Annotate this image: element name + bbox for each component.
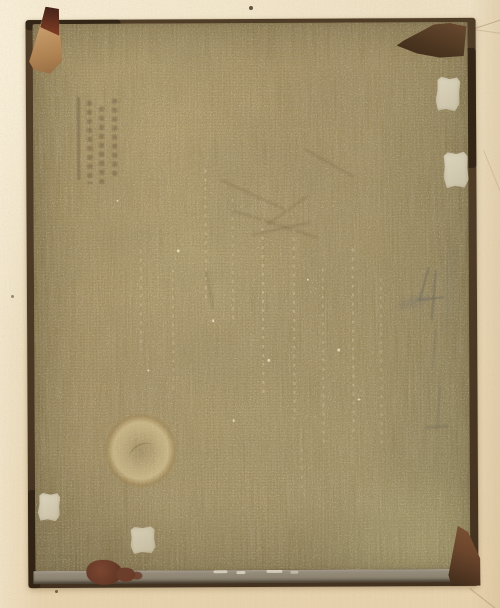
stamp-mark	[112, 99, 117, 176]
photo-of-painting-verso: Photograph of the verso (back) of an age…	[0, 0, 500, 608]
label-remnant-upper-right	[435, 76, 461, 111]
supplier-stamp	[75, 95, 127, 190]
seal-blob	[131, 572, 142, 580]
board-speck	[11, 295, 14, 298]
board-speck	[55, 590, 58, 593]
fleck	[358, 398, 361, 400]
stretcher-paint-fleck	[290, 571, 298, 574]
stamp-mark	[99, 107, 104, 184]
stamp-mark	[87, 101, 92, 184]
drip	[301, 449, 303, 489]
fleck	[233, 419, 235, 422]
stretcher-paint-fleck	[236, 571, 245, 574]
fleck	[337, 349, 340, 352]
fleck	[116, 200, 118, 202]
water-stain	[105, 413, 177, 487]
stretcher-paint-fleck	[266, 570, 282, 573]
fleck	[267, 359, 270, 362]
fleck	[147, 370, 149, 372]
stamp-mark	[77, 97, 80, 180]
canvas-verso	[26, 18, 479, 588]
board-speck	[249, 6, 253, 10]
label-remnant-bottom-center	[129, 526, 156, 554]
label-remnant-mid-right	[443, 151, 469, 188]
stretcher-paint-fleck	[213, 570, 227, 573]
fleck	[212, 319, 214, 322]
label-remnant-lower-left	[38, 493, 61, 522]
fleck	[177, 249, 180, 252]
fleck	[307, 279, 309, 281]
